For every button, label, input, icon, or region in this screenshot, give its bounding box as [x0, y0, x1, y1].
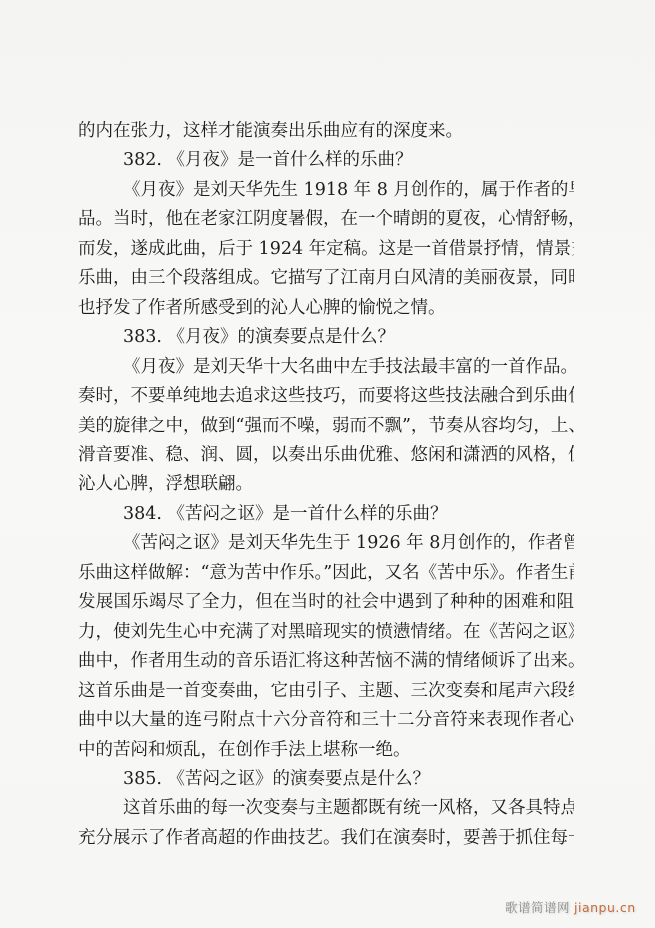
text-line: 美的旋律之中，做到“强而不噪，弱而不飘”，节奏从容均匀，上、下大 — [78, 412, 574, 441]
text-block: 的内在张力，这样才能演奏出乐曲应有的深度来。382. 《月夜》是一首什么样的乐曲… — [78, 117, 574, 853]
text-line: 曲中，作者用生动的音乐语汇将这种苦恼不满的情绪倾诉了出来。 — [78, 647, 574, 676]
document-page: 的内在张力，这样才能演奏出乐曲应有的深度来。382. 《月夜》是一首什么样的乐曲… — [0, 0, 655, 928]
question-heading: 384. 《苦闷之讴》是一首什么样的乐曲？ — [78, 500, 574, 529]
text-line: 《苦闷之讴》是刘天华先生于 1926 年 8月创作的，作者曾为这首 — [78, 529, 574, 558]
text-line: 这首乐曲是一首变奏曲，它由引子、主题、三次变奏和尾声六段组成。 — [78, 677, 574, 706]
question-heading: 385. 《苦闷之讴》的演奏要点是什么？ — [78, 765, 574, 794]
text-line: 中的苦闷和烦乱，在创作手法上堪称一绝。 — [78, 736, 574, 765]
text-line: 乐曲，由三个段落组成。它描写了江南月白风清的美丽夜景，同时 — [78, 264, 574, 293]
watermark-chinese: 歌谱简谱网 — [505, 900, 570, 915]
text-line: 沁人心脾，浮想联翩。 — [78, 470, 574, 499]
text-line: 的内在张力，这样才能演奏出乐曲应有的深度来。 — [78, 117, 574, 146]
text-line: 充分展示了作者高超的作曲技艺。我们在演奏时，要善于抓住每一 — [78, 824, 574, 853]
question-heading: 382. 《月夜》是一首什么样的乐曲？ — [78, 146, 574, 175]
text-line: 滑音要准、稳、润、圆，以奏出乐曲优雅、悠闲和潇洒的风格，使人听后 — [78, 441, 574, 470]
watermark: 歌谱简谱网jianpu.cn — [505, 898, 636, 916]
text-line: 奏时，不要单纯地去追求这些技巧，而要将这些技法融合到乐曲优 — [78, 382, 574, 411]
text-line: 力，使刘先生心中充满了对黑暗现实的愤懑情绪。在《苦闷之讴》一 — [78, 618, 574, 647]
watermark-domain: jianpu.cn — [574, 900, 636, 915]
text-line: 乐曲这样做解：“意为苦中作乐。”因此，又名《苦中乐》。作者生前为 — [78, 559, 574, 588]
text-line: 《月夜》是刘天华十大名曲中左手技法最丰富的一首作品。演 — [78, 353, 574, 382]
text-line: 品。当时，他在老家江阴度暑假，在一个晴朗的夏夜，心情舒畅，有感 — [78, 205, 574, 234]
question-heading: 383. 《月夜》的演奏要点是什么？ — [78, 323, 574, 352]
text-line: 曲中以大量的连弓附点十六分音符和三十二分音符来表现作者心 — [78, 706, 574, 735]
text-line: 而发，遂成此曲，后于 1924 年定稿。这是一首借景抒情，情景交融的 — [78, 235, 574, 264]
text-line: 这首乐曲的每一次变奏与主题都既有统一风格，又各具特点， — [78, 794, 574, 823]
text-line: 发展国乐竭尽了全力，但在当时的社会中遇到了种种的困难和阻 — [78, 588, 574, 617]
text-line: 《月夜》是刘天华先生 1918 年 8 月创作的，属于作者的早期作 — [78, 176, 574, 205]
text-line: 也抒发了作者所感受到的沁人心脾的愉悦之情。 — [78, 294, 574, 323]
